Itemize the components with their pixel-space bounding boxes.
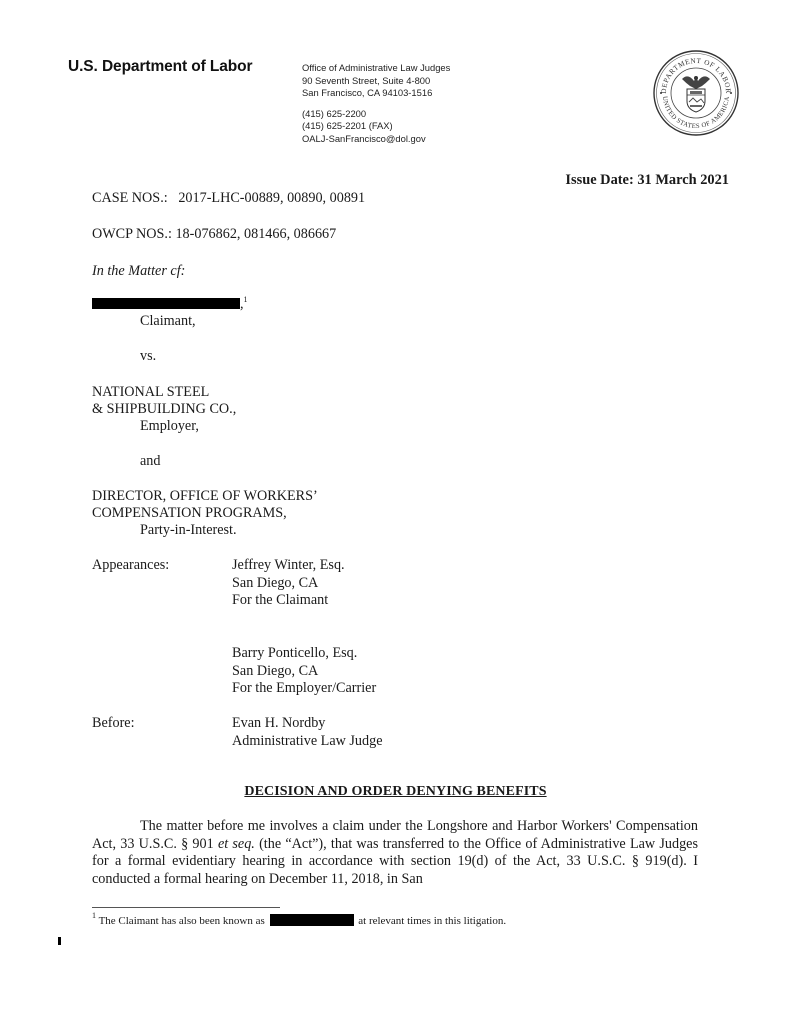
footnote-separator: [92, 907, 280, 908]
versus: vs.: [92, 348, 156, 366]
agency-name: U.S. Department of Labor: [68, 58, 252, 76]
case-numbers: CASE NOS.: 2017-LHC-00889, 00890, 00891: [92, 190, 365, 208]
judge-name: Evan H. Nordby: [232, 715, 383, 733]
decision-title: DECISION AND ORDER DENYING BENEFITS: [0, 783, 791, 801]
before-label: Before:: [92, 715, 135, 733]
issue-date: Issue Date: 31 March 2021: [565, 172, 729, 190]
owcp-nos-value: 18-076862, 081466, 086667: [175, 226, 336, 242]
employer-name-line-1: NATIONAL STEEL: [92, 384, 209, 402]
judge: Evan H. Nordby Administrative Law Judge: [232, 715, 383, 750]
phone: (415) 625-2200: [302, 108, 450, 121]
office-line: Office of Administrative Law Judges: [302, 62, 450, 75]
counsel-location: San Diego, CA: [232, 575, 345, 593]
counsel-name: Jeffrey Winter, Esq.: [232, 557, 345, 575]
counsel-for: For the Employer/Carrier: [232, 680, 376, 698]
footnote-ref[interactable]: 1: [244, 295, 248, 304]
fax: (415) 625-2201 (FAX): [302, 120, 450, 133]
in-the-matter-of: In the Matter cf:: [92, 263, 185, 281]
footnote-number: 1: [92, 911, 96, 920]
owcp-nos-label: OWCP NOS.:: [92, 226, 172, 242]
email: OALJ-SanFrancisco@dol.gov: [302, 133, 450, 146]
footnote-text-after: at relevant times in this litigation.: [358, 915, 506, 927]
counsel-for: For the Claimant: [232, 592, 345, 610]
footnote: 1 The Claimant has also been known as at…: [92, 914, 506, 928]
director-line-2: COMPENSATION PROGRAMS,: [92, 505, 287, 523]
claimant-role: Claimant,: [92, 313, 196, 331]
director-line-1: DIRECTOR, OFFICE OF WORKERS’: [92, 488, 318, 506]
body-paragraph: The matter before me involves a claim un…: [92, 818, 698, 888]
and-conjunction: and: [92, 453, 161, 471]
office-line: 90 Seventh Street, Suite 4-800: [302, 75, 450, 88]
counsel-location: San Diego, CA: [232, 663, 376, 681]
employer-role: Employer,: [92, 418, 199, 436]
director-role: Party-in-Interest.: [92, 522, 237, 540]
footnote-text-before: The Claimant has also been known as: [99, 915, 265, 927]
counsel-employer: Barry Ponticello, Esq. San Diego, CA For…: [232, 645, 376, 698]
counsel-name: Barry Ponticello, Esq.: [232, 645, 376, 663]
case-nos-label: CASE NOS.:: [92, 190, 168, 206]
department-of-labor-seal-icon: DEPARTMENT OF LABOR UNITED STATES OF AME…: [652, 49, 740, 137]
judge-title: Administrative Law Judge: [232, 733, 383, 751]
counsel-claimant: Jeffrey Winter, Esq. San Diego, CA For t…: [232, 557, 345, 610]
redacted-claimant-name: [92, 298, 240, 309]
case-nos-value: 2017-LHC-00889, 00890, 00891: [178, 190, 365, 206]
office-line: San Francisco, CA 94103-1516: [302, 87, 450, 100]
page-margin-mark: [58, 937, 61, 945]
appearances-label: Appearances:: [92, 557, 169, 575]
office-address: Office of Administrative Law Judges 90 S…: [302, 62, 450, 146]
employer-name-line-2: & SHIPBUILDING CO.,: [92, 401, 236, 419]
owcp-numbers: OWCP NOS.: 18-076862, 081466, 086667: [92, 226, 336, 244]
claimant-name-line: ,1: [92, 296, 248, 314]
redacted-alias: [270, 914, 354, 926]
